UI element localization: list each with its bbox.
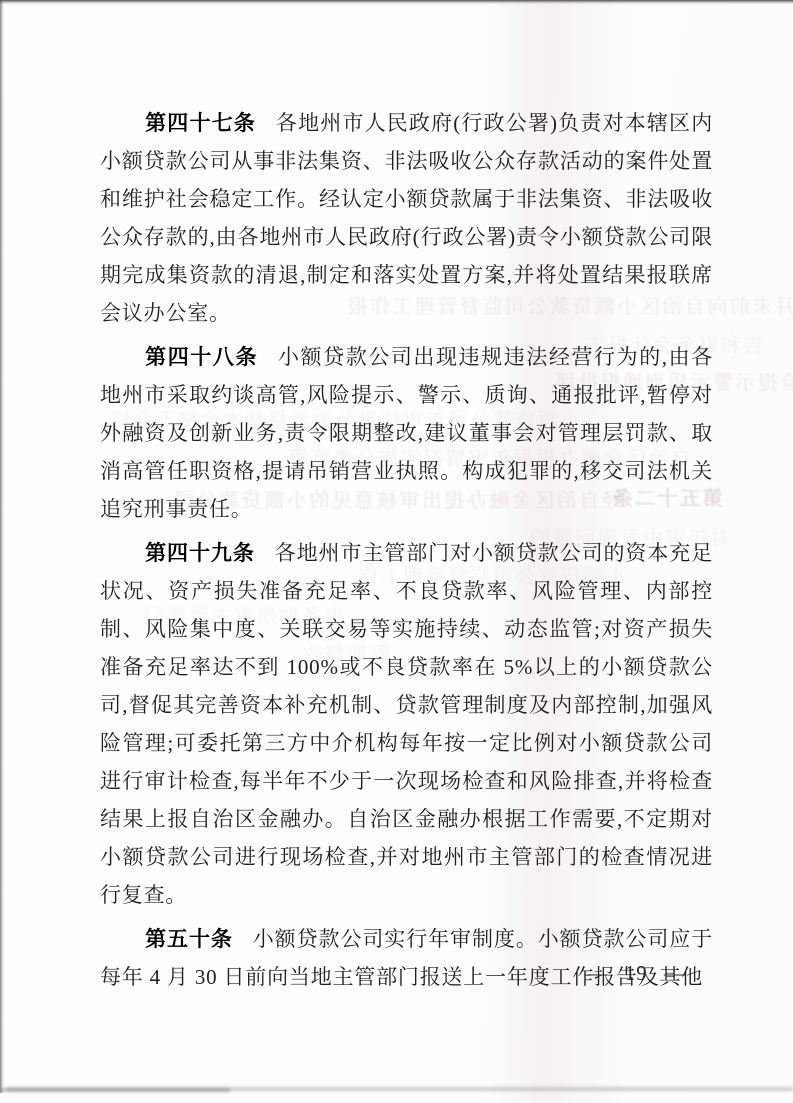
article-49-heading: 第四十九条 bbox=[145, 541, 255, 565]
article-48-heading: 第四十八条 bbox=[145, 345, 258, 369]
article-47-body: 各地州市人民政府(行政公署)负责对本辖区内小额贷款公司从事非法集资、非法吸收公众… bbox=[100, 111, 713, 325]
document-body: 第四十七条各地州市人民政府(行政公署)负责对本辖区内小额贷款公司从事非法集资、非… bbox=[100, 104, 713, 996]
article-50-heading: 第五十条 bbox=[145, 927, 233, 951]
article-49: 第四十九条各地州市主管部门对小额贷款公司的资本充足状况、资产损失准备充足率、不良… bbox=[100, 534, 713, 914]
article-48: 第四十八条小额贷款公司出现违规违法经营行为的,由各地州市采取约谈高管,风险提示、… bbox=[100, 338, 713, 528]
scan-edge-top bbox=[0, 0, 793, 5]
article-47: 第四十七条各地州市人民政府(行政公署)负责对本辖区内小额贷款公司从事非法集资、非… bbox=[100, 104, 713, 332]
scan-edge-left bbox=[0, 0, 5, 1093]
article-47-heading: 第四十七条 bbox=[145, 111, 256, 135]
scan-bottom-smudge-dark bbox=[0, 1088, 230, 1092]
page-number: — 19 — bbox=[587, 961, 687, 986]
article-49-body: 各地州市主管部门对小额贷款公司的资本充足状况、资产损失准备充足率、不良贷款率、风… bbox=[100, 541, 713, 907]
scanned-document-page: 每年1月末前向自治区小额贷款公司监督管理工作报 告和财务会计报告 风险提示警示质… bbox=[0, 0, 793, 1103]
article-48-body: 小额贷款公司出现违规违法经营行为的,由各地州市采取约谈高管,风险提示、警示、质询… bbox=[100, 345, 713, 521]
